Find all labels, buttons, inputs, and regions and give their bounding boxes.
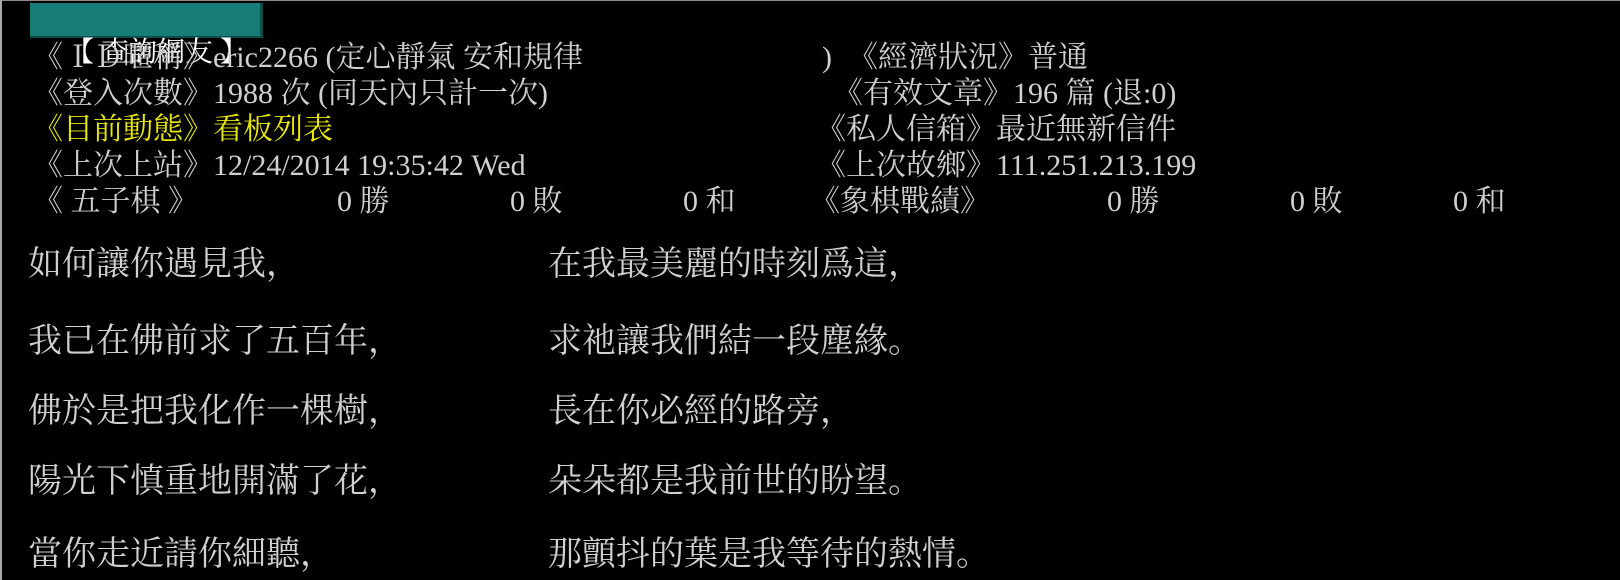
id-nickname-value: eric2266 (定心靜氣 安和規律 <box>213 41 583 74</box>
last-login-value: 12/24/2014 19:35:42 Wed <box>213 149 526 182</box>
profile-row-id: 《ＩＤ暱稱》eric2266 (定心靜氣 安和規律 ) 《經濟狀況》普通 <box>0 40 1620 76</box>
signature-line-1: 如何讓你遇見我， 在我最美麗的時刻爲這， <box>0 244 1620 286</box>
query-user-title-badge: 【 查詢網友 】 <box>30 3 263 38</box>
profile-row-activity: 《目前動態》看板列表 《私人信箱》最近無新信件 <box>0 112 1620 148</box>
id-nickname-label: 《ＩＤ暱稱》 <box>33 41 213 74</box>
economy-label: 《經濟狀況》 <box>848 41 1028 74</box>
signature-line-4: 陽光下慎重地開滿了花， 朵朵都是我前世的盼望。 <box>0 461 1620 503</box>
profile-row-game-records: 《 五子棋 》 0 勝 0 敗 0 和 《象棋戰績》 0 勝 0 敗 0 和 <box>0 184 1620 220</box>
current-activity-label: 《目前動態》 <box>33 113 213 146</box>
signature-line-4-left: 陽光下慎重地開滿了花， <box>28 461 402 503</box>
profile-row-logins: 《登入次數》1988 次 (同天內只計一次) 《有效文章》196 篇 (退:0) <box>0 76 1620 112</box>
last-login-field: 《上次上站》12/24/2014 19:35:42 Wed <box>33 148 526 184</box>
window-top-border <box>0 0 1620 1</box>
login-count-label: 《登入次數》 <box>33 77 213 110</box>
bbs-terminal-screen[interactable]: 【 查詢網友 】 《ＩＤ暱稱》eric2266 (定心靜氣 安和規律 ) 《經濟… <box>0 0 1620 580</box>
current-activity-value: 看板列表 <box>213 113 333 146</box>
gomoku-losses: 0 敗 <box>510 184 563 220</box>
signature-line-1-left: 如何讓你遇見我， <box>28 244 300 286</box>
gomoku-draws: 0 和 <box>683 184 736 220</box>
economy-value: 普通 <box>1028 41 1088 74</box>
signature-line-2: 我已在佛前求了五百年， 求祂讓我們結一段塵緣。 <box>0 321 1620 363</box>
signature-line-1-right: 在我最美麗的時刻爲這， <box>548 244 922 286</box>
mailbox-value: 最近無新信件 <box>996 113 1176 146</box>
id-nickname-field: 《ＩＤ暱稱》eric2266 (定心靜氣 安和規律 <box>33 40 583 76</box>
gomoku-wins: 0 勝 <box>337 184 390 220</box>
signature-line-5-right: 那顫抖的葉是我等待的熱情。 <box>548 534 990 576</box>
current-activity-field: 《目前動態》看板列表 <box>33 112 333 148</box>
economy-field: 《經濟狀況》普通 <box>848 40 1088 76</box>
signature-line-5-left: 當你走近請你細聽， <box>28 534 334 576</box>
signature-line-3: 佛於是把我化作一棵樹， 長在你必經的路旁， <box>0 391 1620 433</box>
signature-line-2-left: 我已在佛前求了五百年， <box>28 321 402 363</box>
last-host-field: 《上次故鄉》111.251.213.199 <box>816 148 1196 184</box>
login-count-field: 《登入次數》1988 次 (同天內只計一次) <box>33 76 548 112</box>
signature-line-4-right: 朵朵都是我前世的盼望。 <box>548 461 922 503</box>
signature-line-3-right: 長在你必經的路旁， <box>548 391 854 433</box>
last-login-label: 《上次上站》 <box>33 149 213 182</box>
id-nickname-close-paren: ) <box>822 40 832 76</box>
chess-draws: 0 和 <box>1453 184 1506 220</box>
profile-row-last-login: 《上次上站》12/24/2014 19:35:42 Wed 《上次故鄉》111.… <box>0 148 1620 184</box>
gomoku-record-label: 《 五子棋 》 <box>33 184 198 220</box>
valid-posts-field: 《有效文章》196 篇 (退:0) <box>833 76 1176 112</box>
valid-posts-label: 《有效文章》 <box>833 77 1013 110</box>
mailbox-label: 《私人信箱》 <box>816 113 996 146</box>
last-host-label: 《上次故鄉》 <box>816 149 996 182</box>
mailbox-field: 《私人信箱》最近無新信件 <box>816 112 1176 148</box>
signature-line-3-left: 佛於是把我化作一棵樹， <box>28 391 402 433</box>
last-host-value: 111.251.213.199 <box>996 149 1196 182</box>
signature-line-5: 當你走近請你細聽， 那顫抖的葉是我等待的熱情。 <box>0 534 1620 576</box>
valid-posts-value: 196 篇 (退:0) <box>1013 77 1176 110</box>
chess-losses: 0 敗 <box>1290 184 1343 220</box>
signature-line-2-right: 求祂讓我們結一段塵緣。 <box>548 321 922 363</box>
login-count-value: 1988 次 (同天內只計一次) <box>213 77 548 110</box>
chess-wins: 0 勝 <box>1107 184 1160 220</box>
chess-record-label: 《象棋戰績》 <box>810 184 990 220</box>
